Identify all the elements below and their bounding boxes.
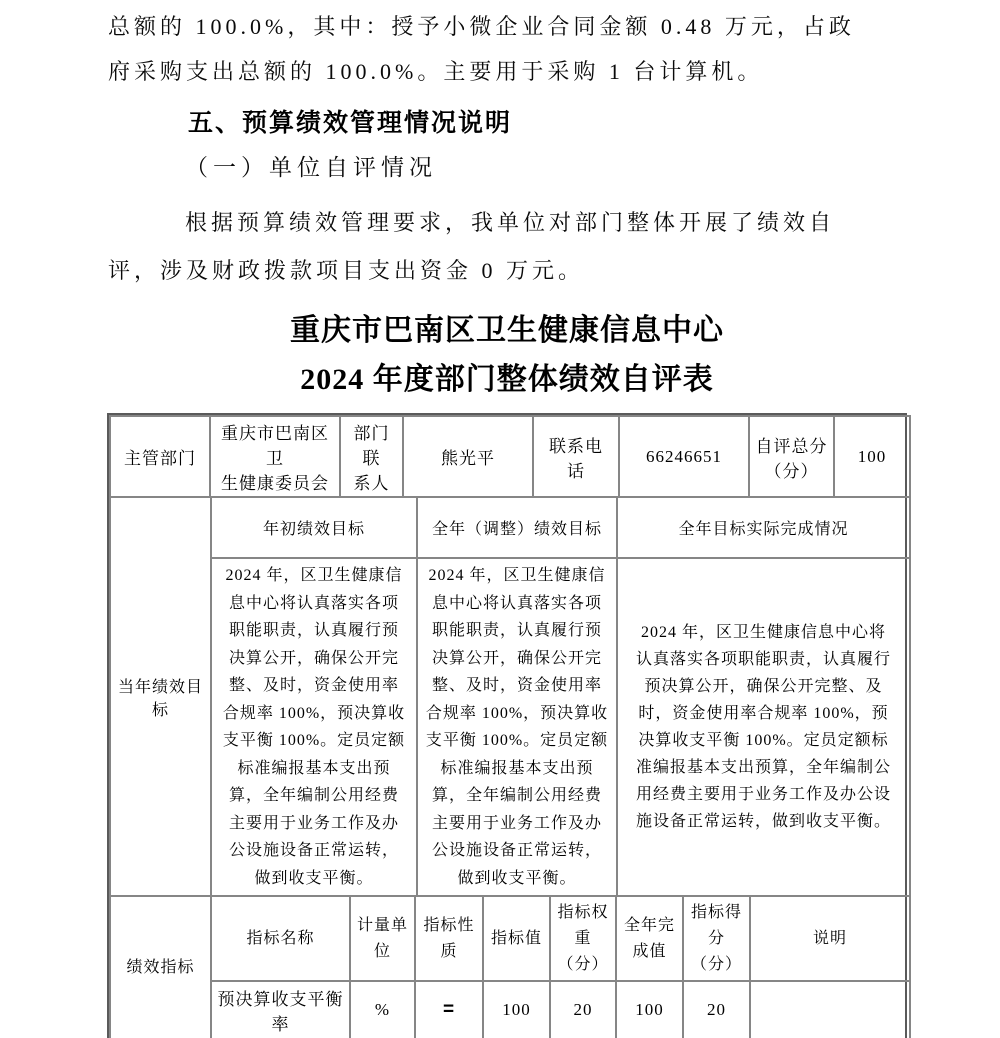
cell-supervising-dept-value: 重庆市巴南区卫 生健康委员会 bbox=[210, 416, 340, 497]
paragraph-procurement-continuation: 总额的 100.0%，其中：授予小微企业合同金额 0.48 万元，占政 府采购支… bbox=[108, 4, 908, 94]
section-heading: 五、预算绩效管理情况说明 bbox=[188, 103, 512, 139]
cell-goal-text-adjusted: 2024 年，区卫生健康信 息中心将认真落实各项 职能职责，认真履行预 决算公开… bbox=[417, 558, 617, 896]
cell-indicator-target: 100 bbox=[483, 981, 550, 1038]
subsection-heading: （一）单位自评情况 bbox=[185, 149, 437, 182]
table-title: 重庆市巴南区卫生健康信息中心 2024 年度部门整体绩效自评表 bbox=[107, 306, 907, 404]
cell-self-score-value: 100 bbox=[834, 416, 910, 497]
cell-supervising-dept-label: 主管部门 bbox=[110, 416, 210, 497]
indicator-data-row: 预决算收支平衡 率 % = 100 20 100 20 bbox=[110, 981, 910, 1038]
cell-goal-text-initial: 2024 年，区卫生健康信 息中心将认真落实各项 职能职责，认真履行预 决算公开… bbox=[211, 558, 417, 896]
cell-indicator-completed: 100 bbox=[616, 981, 683, 1038]
cell-indicator-header-completed: 全年完 成值 bbox=[616, 896, 683, 981]
cell-indicator-nature: = bbox=[415, 981, 483, 1038]
cell-indicator-score: 20 bbox=[683, 981, 750, 1038]
cell-indicator-header-note: 说明 bbox=[750, 896, 910, 981]
cell-phone-label: 联系电 话 bbox=[533, 416, 619, 497]
cell-indicator-header-unit: 计量单 位 bbox=[350, 896, 415, 981]
cell-goal-header-adjusted: 全年（调整）绩效目标 bbox=[417, 497, 617, 558]
evaluation-table: 主管部门 重庆市巴南区卫 生健康委员会 部门联 系人 熊光平 联系电 话 662… bbox=[107, 413, 907, 1038]
cell-indicator-header-name: 指标名称 bbox=[211, 896, 350, 981]
cell-indicator-unit: % bbox=[350, 981, 415, 1038]
cell-indicator-header-target: 指标值 bbox=[483, 896, 550, 981]
goals-text-row: 2024 年，区卫生健康信 息中心将认真落实各项 职能职责，认真履行预 决算公开… bbox=[110, 558, 910, 896]
cell-indicator-name: 预决算收支平衡 率 bbox=[211, 981, 350, 1038]
indicators-header-row: 绩效指标 指标名称 计量单 位 指标性 质 指标值 指标权 重 （分） 全年完 … bbox=[110, 896, 910, 981]
cell-self-score-label: 自评总分 （分） bbox=[749, 416, 834, 497]
paragraph-self-evaluation: 根据预算绩效管理要求，我单位对部门整体开展了绩效自 评，涉及财政拨款项目支出资金… bbox=[108, 199, 908, 295]
document-page: 总额的 100.0%，其中：授予小微企业合同金额 0.48 万元，占政 府采购支… bbox=[0, 0, 1000, 1038]
cell-goal-text-actual: 2024 年，区卫生健康信息中心将 认真落实各项职能职责，认真履行 预决算公开，… bbox=[617, 558, 910, 896]
table-section-header-info: 主管部门 重庆市巴南区卫 生健康委员会 部门联 系人 熊光平 联系电 话 662… bbox=[109, 415, 911, 498]
cell-indicator-header-nature: 指标性 质 bbox=[415, 896, 483, 981]
cell-indicator-weight: 20 bbox=[550, 981, 616, 1038]
table-title-line1: 重庆市巴南区卫生健康信息中心 bbox=[107, 306, 907, 355]
cell-contact-label: 部门联 系人 bbox=[340, 416, 403, 497]
table-title-line2: 2024 年度部门整体绩效自评表 bbox=[107, 355, 907, 404]
cell-indicator-header-score: 指标得 分 （分） bbox=[683, 896, 750, 981]
goals-header-row: 当年绩效目 标 年初绩效目标 全年（调整）绩效目标 全年目标实际完成情况 bbox=[110, 497, 910, 558]
cell-contact-value: 熊光平 bbox=[403, 416, 533, 497]
header-info-row: 主管部门 重庆市巴南区卫 生健康委员会 部门联 系人 熊光平 联系电 话 662… bbox=[110, 416, 910, 497]
cell-indicator-header-weight: 指标权 重 （分） bbox=[550, 896, 616, 981]
cell-phone-value: 66246651 bbox=[619, 416, 749, 497]
table-section-indicators: 绩效指标 指标名称 计量单 位 指标性 质 指标值 指标权 重 （分） 全年完 … bbox=[109, 895, 911, 1038]
cell-indicator-note bbox=[750, 981, 910, 1038]
cell-indicators-row-label: 绩效指标 bbox=[110, 896, 211, 1038]
table-section-goals: 当年绩效目 标 年初绩效目标 全年（调整）绩效目标 全年目标实际完成情况 202… bbox=[109, 496, 911, 897]
cell-goal-header-initial: 年初绩效目标 bbox=[211, 497, 417, 558]
cell-goals-row-label: 当年绩效目 标 bbox=[110, 497, 211, 896]
cell-goal-header-actual: 全年目标实际完成情况 bbox=[617, 497, 910, 558]
